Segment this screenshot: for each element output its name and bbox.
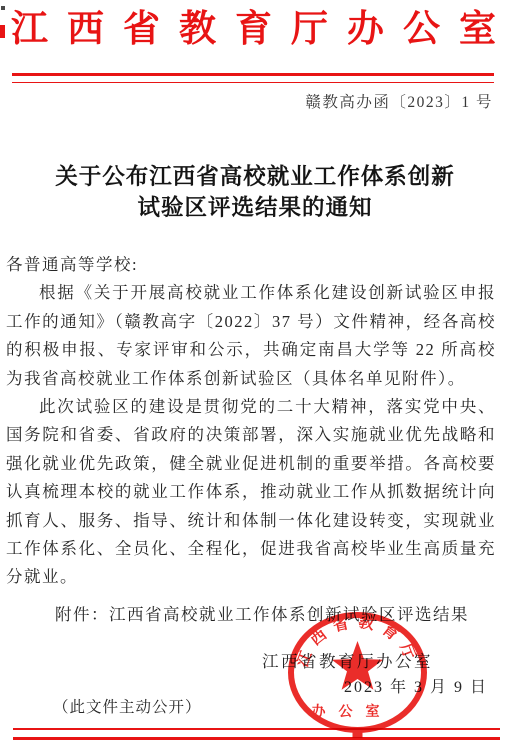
letterhead-agency-name: 江西省教育厅办公室: [11, 11, 496, 48]
scan-artifact-dot: [1, 6, 5, 10]
body-paragraph-1: 根据《关于开展高校就业工作体系化建设创新试验区申报工作的通知》（赣教高字〔202…: [6, 279, 496, 393]
footer-divider-line: [13, 728, 500, 740]
scan-artifact-red: [0, 25, 5, 38]
body-paragraph-2: 此次试验区的建设是贯彻党的二十大精神，落实党中央、国务院和省委、省政府的决策部署…: [6, 393, 496, 592]
document-title-line-2: 试验区评选结果的通知: [0, 192, 510, 223]
disclosure-note: （此文件主动公开）: [53, 695, 202, 717]
signature-agency: 江西省教育厅办公室: [262, 648, 433, 672]
attachment-line: 附件：江西省高校就业工作体系创新试验区评选结果: [55, 601, 496, 625]
document-title: 关于公布江西省高校就业工作体系创新 试验区评选结果的通知: [0, 161, 510, 223]
signature-date: 2023 年 3 月 9 日: [344, 674, 488, 697]
document-number: 赣教高办函〔2023〕1 号: [305, 90, 493, 112]
salutation: 各普通高等学校:: [6, 251, 496, 279]
document-body: 各普通高等学校: 根据《关于开展高校就业工作体系化建设创新试验区申报工作的通知》…: [6, 251, 496, 592]
seal-ring: [291, 615, 424, 730]
seal-bottom-text: 办公室: [312, 703, 393, 720]
official-document-page: 江西省教育厅办公室 赣教高办函〔2023〕1 号 关于公布江西省高校就业工作体系…: [0, 0, 510, 749]
letterhead-divider-line: [12, 73, 494, 83]
document-title-line-1: 关于公布江西省高校就业工作体系创新: [0, 161, 510, 192]
